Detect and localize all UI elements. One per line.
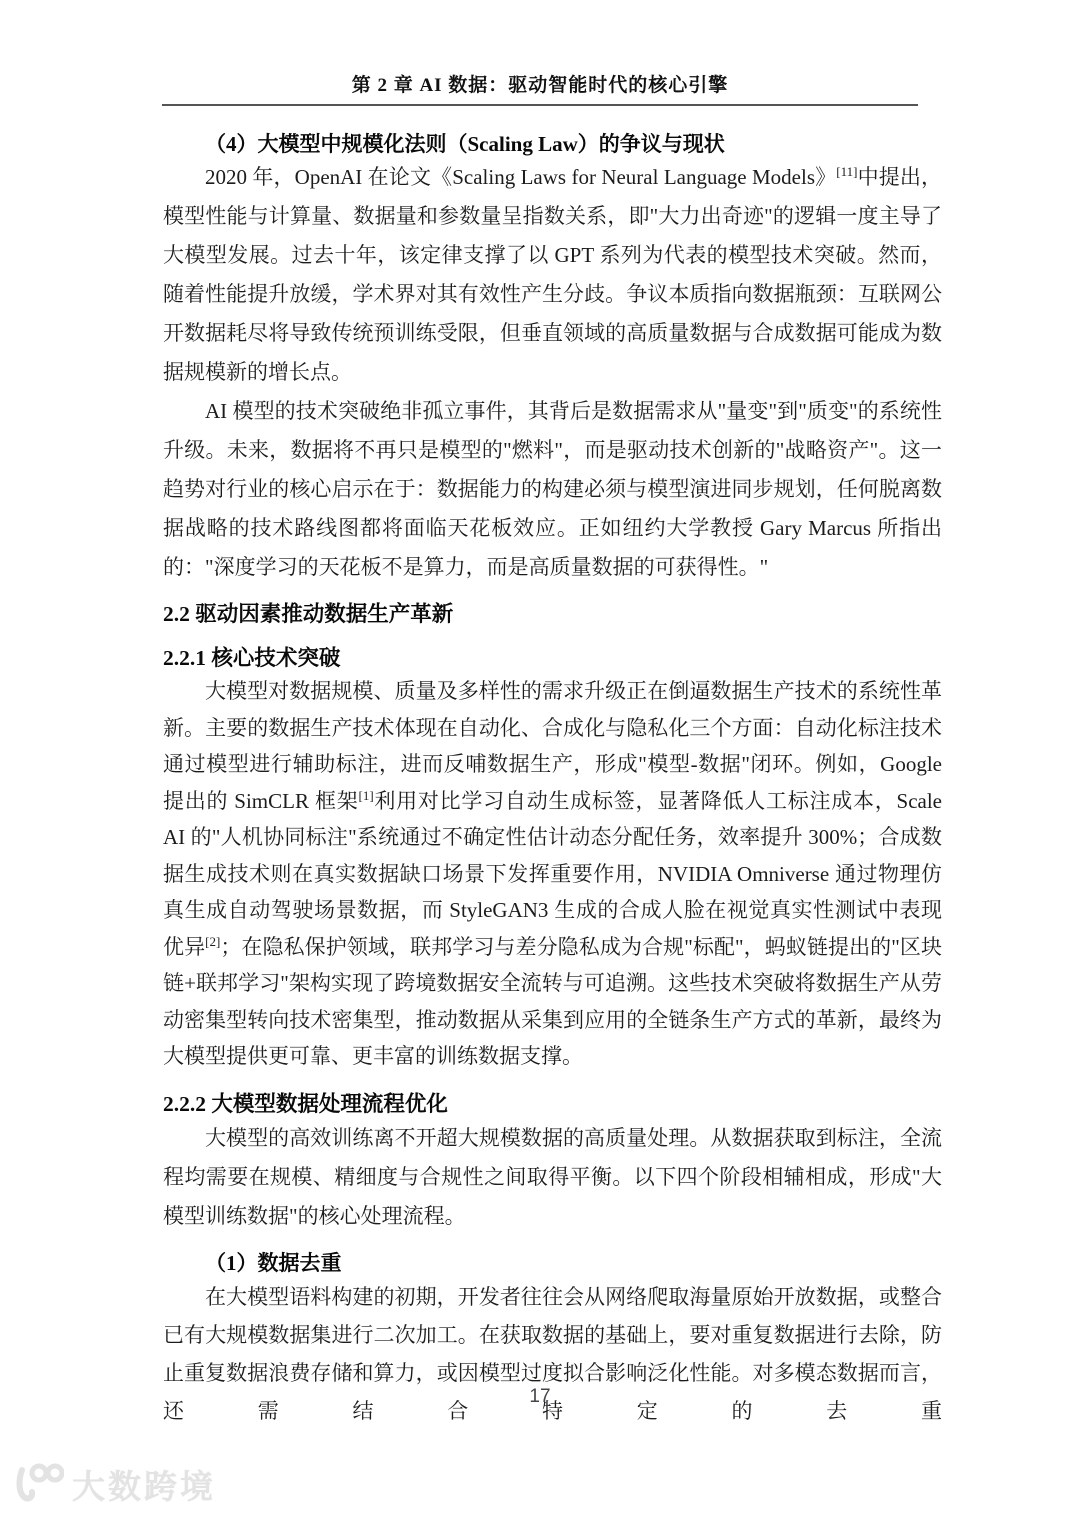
paragraph-scaling-law: 2020 年，OpenAI 在论文《Scaling Laws for Neura… xyxy=(163,158,942,392)
section-4-title: （4）大模型中规模化法则（Scaling Law）的争议与现状 xyxy=(163,128,942,158)
heading-2-2: 2.2 驱动因素推动数据生产革新 xyxy=(163,599,942,629)
header-rule xyxy=(162,104,918,106)
document-page: 第 2 章 AI 数据：驱动智能时代的核心引擎 （4）大模型中规模化法则（Sca… xyxy=(0,0,1080,1527)
page-number: 17 xyxy=(0,1386,1080,1408)
page-content: （4）大模型中规模化法则（Scaling Law）的争议与现状 2020 年，O… xyxy=(0,128,1080,1430)
item-1-title: （1）数据去重 xyxy=(163,1248,942,1278)
paragraph-data-processing: 大模型的高效训练离不开超大规模数据的高质量处理。从数据获取到标注，全流程均需要在… xyxy=(163,1119,942,1236)
watermark-text: 大数跨境 xyxy=(72,1461,216,1508)
heading-2-2-2: 2.2.2 大模型数据处理流程优化 xyxy=(163,1089,942,1119)
chapter-header-title: 第 2 章 AI 数据：驱动智能时代的核心引擎 xyxy=(0,0,1080,97)
paragraph-ai-breakthrough: AI 模型的技术突破绝非孤立事件，其背后是数据需求从"量变"到"质变"的系统性升… xyxy=(163,392,942,587)
heading-2-2-1: 2.2.1 核心技术突破 xyxy=(163,643,942,673)
paragraph-core-tech: 大模型对数据规模、质量及多样性的需求升级正在倒逼数据生产技术的系统性革新。主要的… xyxy=(163,673,942,1075)
watermark: 大数跨境 xyxy=(12,1456,216,1513)
dashu-100-glasses-logo-icon xyxy=(12,1456,64,1513)
